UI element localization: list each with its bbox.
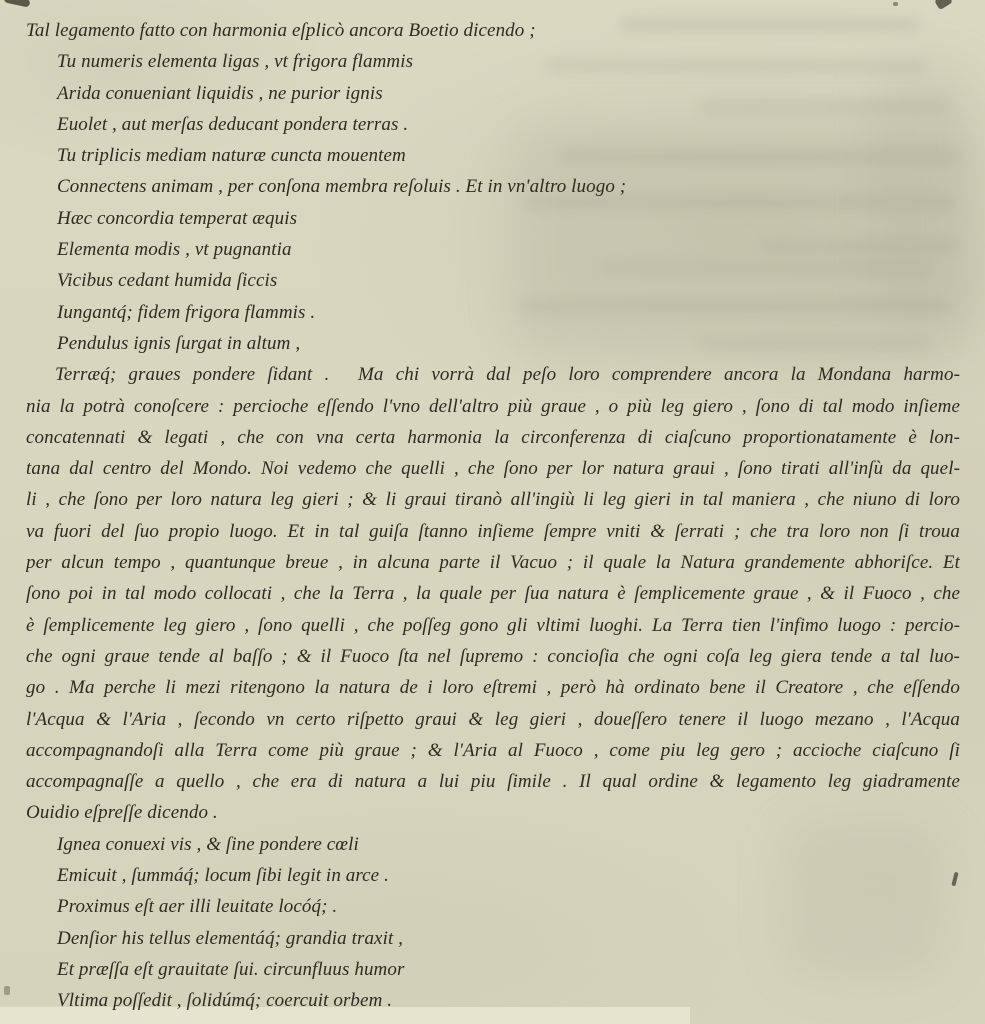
verse-line: Pendulus ignis ſurgat in altum , xyxy=(26,328,960,359)
text-line: concatennati & legati , che con vna cert… xyxy=(26,422,960,453)
text-line: Terræq́; graues pondere ſidant . Ma chi … xyxy=(26,359,960,390)
verse-line: Iungantq́; fidem frigora flammis . xyxy=(26,297,960,328)
text-line: accompagnandoſi alla Terra come più grau… xyxy=(26,735,960,766)
text-line: nia la potrà conoſcere : percioche eſſen… xyxy=(26,391,960,422)
verse-line: Emicuit , ſummáq́; locum ſibi legit in a… xyxy=(26,860,960,891)
verse-line: Connectens animam , per conſona membra r… xyxy=(26,171,960,202)
ink-speck xyxy=(4,986,10,995)
verse-line: Hæc concordia temperat æquis xyxy=(26,203,960,234)
text-line: Ouidio eſpreſſe dicendo . xyxy=(26,797,960,828)
text-line: li , che ſono per loro natura leg gieri … xyxy=(26,484,960,515)
page-text: Tal legamento fatto con harmonia eſplicò… xyxy=(26,15,960,1017)
ink-smudge-top-left xyxy=(3,0,30,8)
text-line: va fuori del ſuo propio luogo. Et in tal… xyxy=(26,516,960,547)
ink-speck xyxy=(893,2,898,6)
text-line: per alcun tempo , quantunque breue , in … xyxy=(26,547,960,578)
verse-line: Et præſſa eſt grauitate ſui. circunfluus… xyxy=(26,954,960,985)
verse-line: Vltima poſſedit , ſolidúmq́; coercuit or… xyxy=(26,985,960,1016)
text-line: Tal legamento fatto con harmonia eſplicò… xyxy=(26,15,960,46)
verse-line: Tu triplicis mediam naturæ cuncta mouent… xyxy=(26,140,960,171)
text-line: ſono poi in tal modo collocati , che la … xyxy=(26,578,960,609)
verse-line: Tu numeris elementa ligas , vt frigora f… xyxy=(26,46,960,77)
verse-line: Ignea conuexi vis , & ſine pondere cœli xyxy=(26,829,960,860)
book-page-scan: Tal legamento fatto con harmonia eſplicò… xyxy=(0,0,985,1024)
verse-line: Proximus eſt aer illi leuitate locóq́; . xyxy=(26,891,960,922)
ink-smudge-top-right xyxy=(934,0,953,10)
text-line: è ſemplicemente leg giero , ſono quelli … xyxy=(26,610,960,641)
text-line: accompagnaſſe a quello , che era di natu… xyxy=(26,766,960,797)
text-line: l'Acqua & l'Aria , ſecondo vn certo riſp… xyxy=(26,704,960,735)
text-line: tana dal centro del Mondo. Noi vedemo ch… xyxy=(26,453,960,484)
text-line: go . Ma perche li mezi ritengono la natu… xyxy=(26,672,960,703)
text-line: che ogni graue tende al baſſo ; & il Fuo… xyxy=(26,641,960,672)
verse-line: Vicibus cedant humida ſiccis xyxy=(26,265,960,296)
verse-line: Denſior his tellus elementáq́; grandia t… xyxy=(26,923,960,954)
verse-line: Euolet , aut merſas deducant pondera ter… xyxy=(26,109,960,140)
verse-line: Arida conueniant liquidis , ne purior ig… xyxy=(26,78,960,109)
verse-line: Elementa modis , vt pugnantia xyxy=(26,234,960,265)
